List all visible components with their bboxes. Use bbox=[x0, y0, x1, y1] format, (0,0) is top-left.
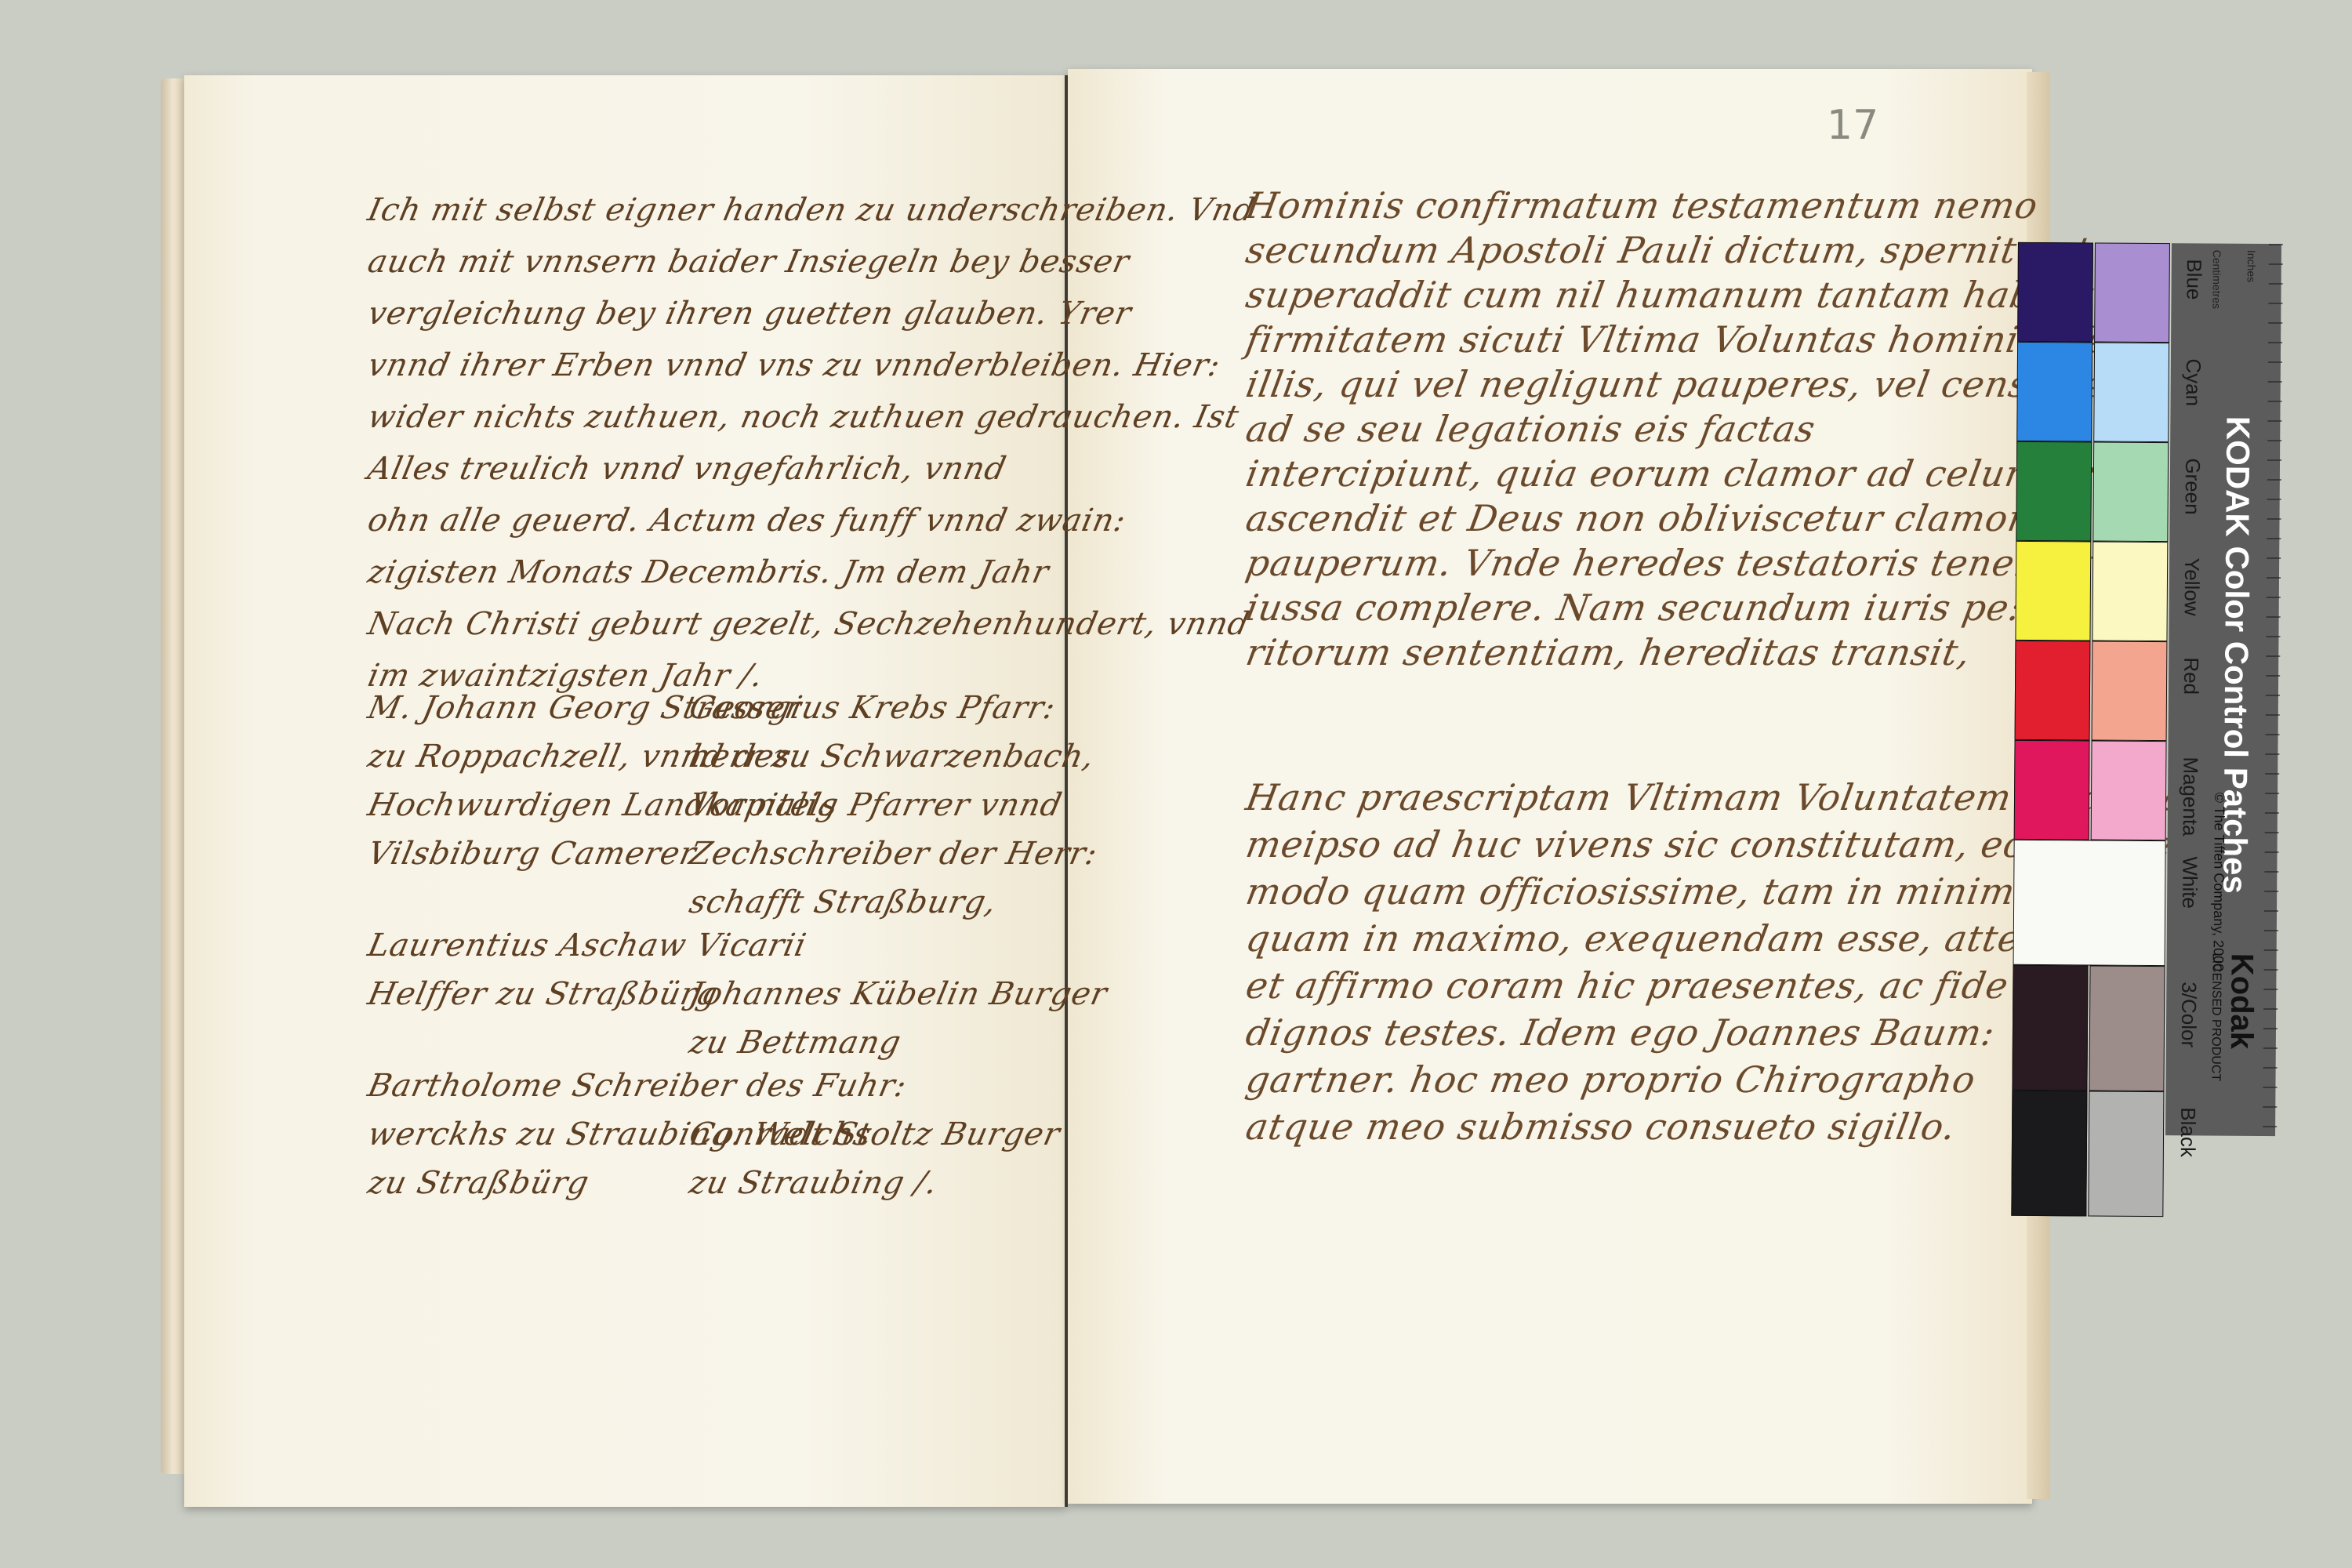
patch-label: Red bbox=[2179, 657, 2203, 695]
handwritten-line: im zwaintzigsten Jahr /. bbox=[365, 658, 767, 694]
signature-line: zu Straßbürg bbox=[365, 1165, 593, 1201]
patch-cyan-dark bbox=[2016, 342, 2092, 442]
patch-magenta-dark bbox=[2014, 740, 2090, 840]
latin-line: atque meo submisso consueto sigillo. bbox=[1243, 1105, 1959, 1148]
signature-line: Bartholome Schreiber des Fuhr: bbox=[365, 1068, 910, 1104]
patch-label: Magenta bbox=[2178, 757, 2203, 836]
patch-3-color-light bbox=[2089, 965, 2165, 1091]
patch-white bbox=[2013, 840, 2166, 966]
kodak-logo: Kodak bbox=[2223, 953, 2259, 1050]
latin-line: quam in maximo, exequendam esse, attesto… bbox=[1243, 917, 2099, 960]
handwritten-line: wider nichts zuthuen, noch zuthuen gedra… bbox=[365, 399, 1243, 435]
signature-line: Conradt Stoltz Burger bbox=[686, 1116, 1063, 1152]
card-copyright: © The Tiffen Company, 2000 bbox=[2209, 793, 2227, 972]
patch-label: Cyan bbox=[2181, 358, 2205, 406]
latin-line: ascendit et Deus non obliviscetur clamor… bbox=[1243, 497, 2061, 539]
latin-line: et affirmo coram hic praesentes, ac fide bbox=[1243, 964, 2012, 1007]
handwritten-line: zigisten Monats Decembris. Jm dem Jahr bbox=[365, 554, 1052, 590]
patch-label: Yellow bbox=[2180, 557, 2205, 615]
patch-red-light bbox=[2092, 641, 2168, 741]
latin-line: dignos testes. Idem ego Joannes Baum: bbox=[1243, 1011, 1998, 1054]
book-gutter bbox=[1065, 75, 1068, 1507]
signature-line: Vormalig Pfarrer vnnd bbox=[686, 787, 1065, 823]
signature-line: Vilsbiburg Camerer bbox=[365, 836, 699, 872]
patch-magenta-light bbox=[2091, 740, 2167, 840]
patch-column-dark bbox=[2018, 242, 2093, 243]
patch-label: Black bbox=[2176, 1107, 2200, 1157]
handwritten-line: Alles treulich vnnd vngefahrlich, vnnd bbox=[365, 451, 1010, 487]
patch-column-light bbox=[2095, 243, 2170, 244]
color-control-card: KODAK Color Control Patches © The Tiffen… bbox=[2012, 242, 2285, 1138]
patch-red-dark bbox=[2015, 641, 2091, 741]
signature-line: Georgius Krebs Pfarr: bbox=[686, 690, 1059, 726]
signature-line: Johannes Kübelin Burger bbox=[686, 976, 1111, 1012]
latin-line: ad se seu legationis eis factas bbox=[1243, 408, 1819, 450]
patch-yellow-dark bbox=[2015, 541, 2091, 641]
patch-label: Green bbox=[2180, 458, 2205, 514]
patch-black-light bbox=[2088, 1091, 2164, 1217]
signature-line: schafft Straßburg, bbox=[686, 884, 1000, 920]
signature-line: Helffer zu Straßbürg bbox=[365, 976, 721, 1012]
handwritten-line: ohn alle geuerd. Actum des funff vnnd zw… bbox=[365, 503, 1129, 539]
license-text: LICENSED PRODUCT bbox=[2209, 953, 2223, 1082]
signature-line: zu Bettmang bbox=[686, 1025, 905, 1061]
handwritten-line: vnnd ihrer Erben vnnd vns zu vnnderbleib… bbox=[365, 347, 1224, 383]
latin-line: gartner. hoc meo proprio Chirographo bbox=[1243, 1058, 1979, 1101]
handwritten-line: auch mit vnnsern baider Insiegeln bey be… bbox=[365, 244, 1133, 280]
signature-line: herr zu Schwarzenbach, bbox=[686, 739, 1098, 775]
latin-line: iussa complere. Nam secundum iuris pe: bbox=[1243, 586, 2026, 629]
latin-line: superaddit cum nil humanum tantam habeat bbox=[1243, 274, 2097, 316]
ruler-centimetres-label: Centimetres bbox=[2210, 250, 2223, 310]
patch-3-color-dark bbox=[2012, 965, 2088, 1091]
signature-line: Laurentius Aschaw Vicarii bbox=[365, 927, 810, 964]
handwritten-line: Ich mit selbst eigner handen zu undersch… bbox=[365, 192, 1258, 228]
patch-blue-dark bbox=[2017, 242, 2093, 343]
latin-line: ritorum sententiam, hereditas transit, bbox=[1243, 631, 1974, 673]
patch-green-light bbox=[2092, 442, 2169, 543]
patch-green-dark bbox=[2016, 441, 2092, 542]
patch-black-dark bbox=[2011, 1091, 2087, 1217]
handwritten-line: Nach Christi geburt gezelt, Sechzehenhun… bbox=[365, 606, 1253, 642]
handwritten-line: vergleichung bey ihren guetten glauben. … bbox=[365, 296, 1135, 332]
patch-label: White bbox=[2177, 856, 2201, 909]
latin-line: modo quam officiosissime, tam in minimo bbox=[1243, 870, 2041, 913]
patch-label: Blue bbox=[2181, 259, 2205, 299]
latin-line: pauperum. Vnde heredes testatoris tenent… bbox=[1243, 542, 2100, 584]
folio-number: 17 bbox=[1827, 102, 1878, 149]
signature-line: zu Straubing /. bbox=[686, 1165, 941, 1201]
patch-label: 3/Color bbox=[2176, 982, 2201, 1047]
patch-cyan-light bbox=[2093, 343, 2169, 443]
patch-blue-light bbox=[2094, 243, 2170, 343]
latin-line: Hominis confirmatum testamentum nemo bbox=[1243, 184, 2042, 227]
latin-line: secundum Apostoli Pauli dictum, spernit … bbox=[1243, 229, 2094, 271]
ruler-inches-label: Inches bbox=[2245, 250, 2258, 282]
patch-yellow-light bbox=[2092, 542, 2168, 642]
signature-line: Zechschreiber der Herr: bbox=[686, 836, 1101, 872]
